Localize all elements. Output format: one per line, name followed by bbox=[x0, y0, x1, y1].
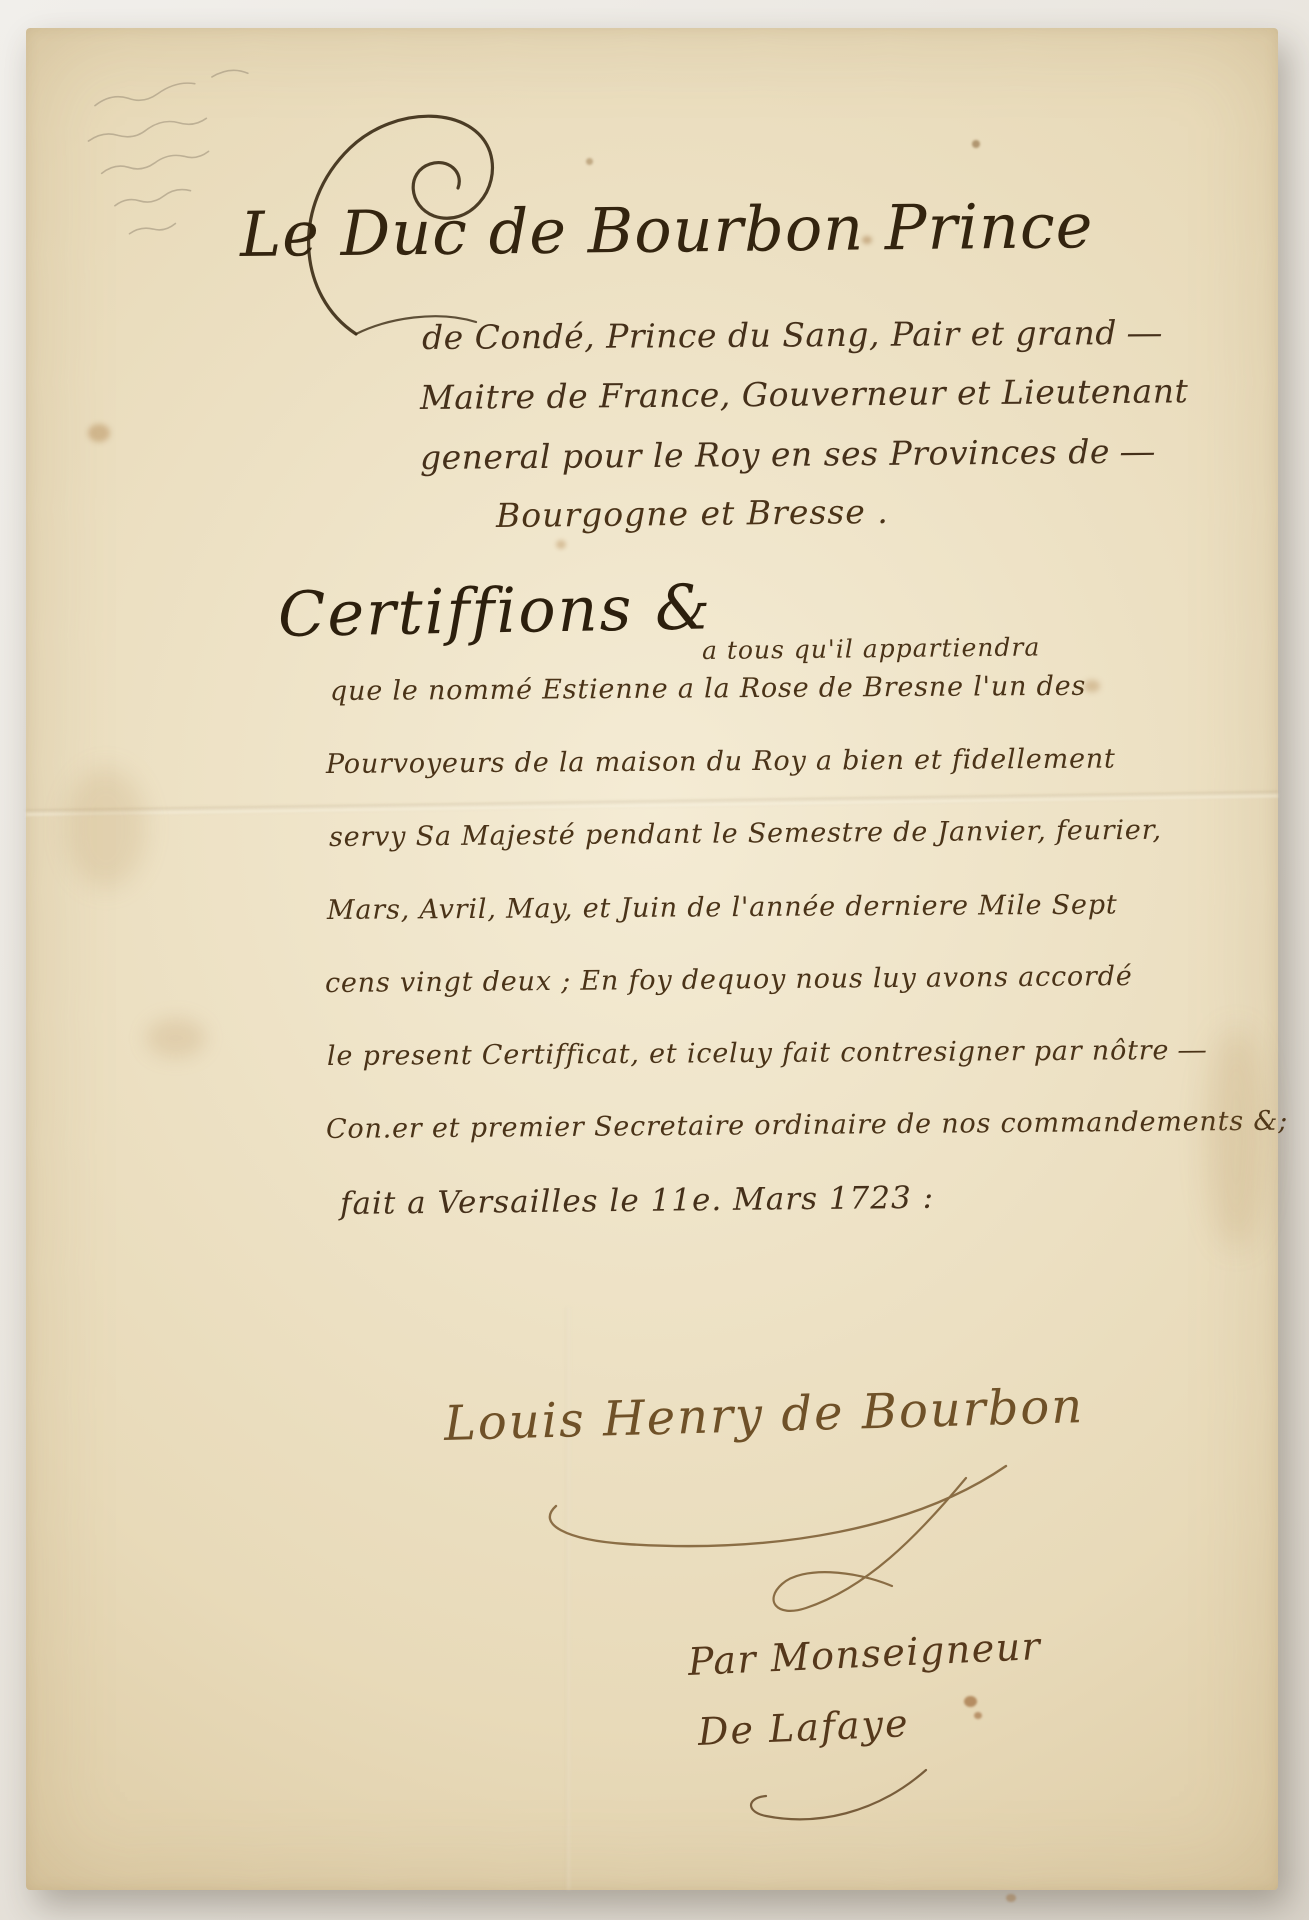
subtitle-line-2: Maitre de France, Gouverneur et Lieutena… bbox=[420, 371, 1189, 417]
age-spot bbox=[1006, 1894, 1016, 1902]
age-spot bbox=[88, 424, 110, 442]
page-title: Le Duc de Bourbon Prince bbox=[240, 189, 1094, 271]
age-spot bbox=[862, 236, 872, 244]
body-line-4: Mars, Avril, May, et Juin de l'année der… bbox=[327, 889, 1118, 926]
signature: Louis Henry de Bourbon bbox=[443, 1378, 1085, 1452]
age-spot bbox=[974, 1712, 982, 1719]
body-line-1: que le nommé Estienne a la Rose de Bresn… bbox=[330, 671, 1086, 707]
subtitle-line-1: de Condé, Prince du Sang, Pair et grand … bbox=[422, 313, 1162, 357]
body-line-3: servy Sa Majesté pendant le Semestre de … bbox=[329, 815, 1162, 853]
subtitle-line-3: general pour le Roy en ses Provinces de … bbox=[420, 432, 1155, 477]
body-line-6: le present Certifficat, et iceluy fait c… bbox=[327, 1035, 1207, 1072]
age-spot bbox=[66, 768, 146, 888]
manuscript-page: Le Duc de Bourbon Prince de Condé, Princ… bbox=[26, 28, 1278, 1890]
countersign-flourish bbox=[726, 1764, 986, 1834]
subtitle-line-4: Bourgogne et Bresse . bbox=[496, 492, 889, 535]
age-spot bbox=[586, 158, 593, 165]
age-spot bbox=[146, 1018, 206, 1058]
age-spot bbox=[556, 540, 566, 549]
horizontal-fold-crease bbox=[26, 791, 1278, 818]
certification-tail: a tous qu'il appartiendra bbox=[702, 632, 1041, 665]
age-spot bbox=[964, 1696, 977, 1707]
signature-flourish bbox=[446, 1458, 1046, 1628]
age-spot bbox=[1084, 680, 1100, 692]
photograph-backdrop: { "document": { "title": "Le Duc de Bour… bbox=[0, 0, 1309, 1920]
countersign-name: De Lafaye bbox=[697, 1701, 910, 1754]
body-line-2: Pourvoyeurs de la maison du Roy a bien e… bbox=[326, 743, 1116, 780]
age-spot bbox=[972, 140, 980, 148]
dateline: fait a Versailles le 11e. Mars 1723 : bbox=[340, 1180, 934, 1222]
countersign-intro: Par Monseigneur bbox=[687, 1624, 1042, 1684]
age-spot bbox=[1206, 1028, 1266, 1248]
body-line-5: cens vingt deux ; En foy dequoy nous luy… bbox=[325, 961, 1133, 999]
body-line-7: Con.er et premier Secretaire ordinaire d… bbox=[326, 1106, 1288, 1145]
certification-word: Certiffions & bbox=[277, 570, 712, 651]
